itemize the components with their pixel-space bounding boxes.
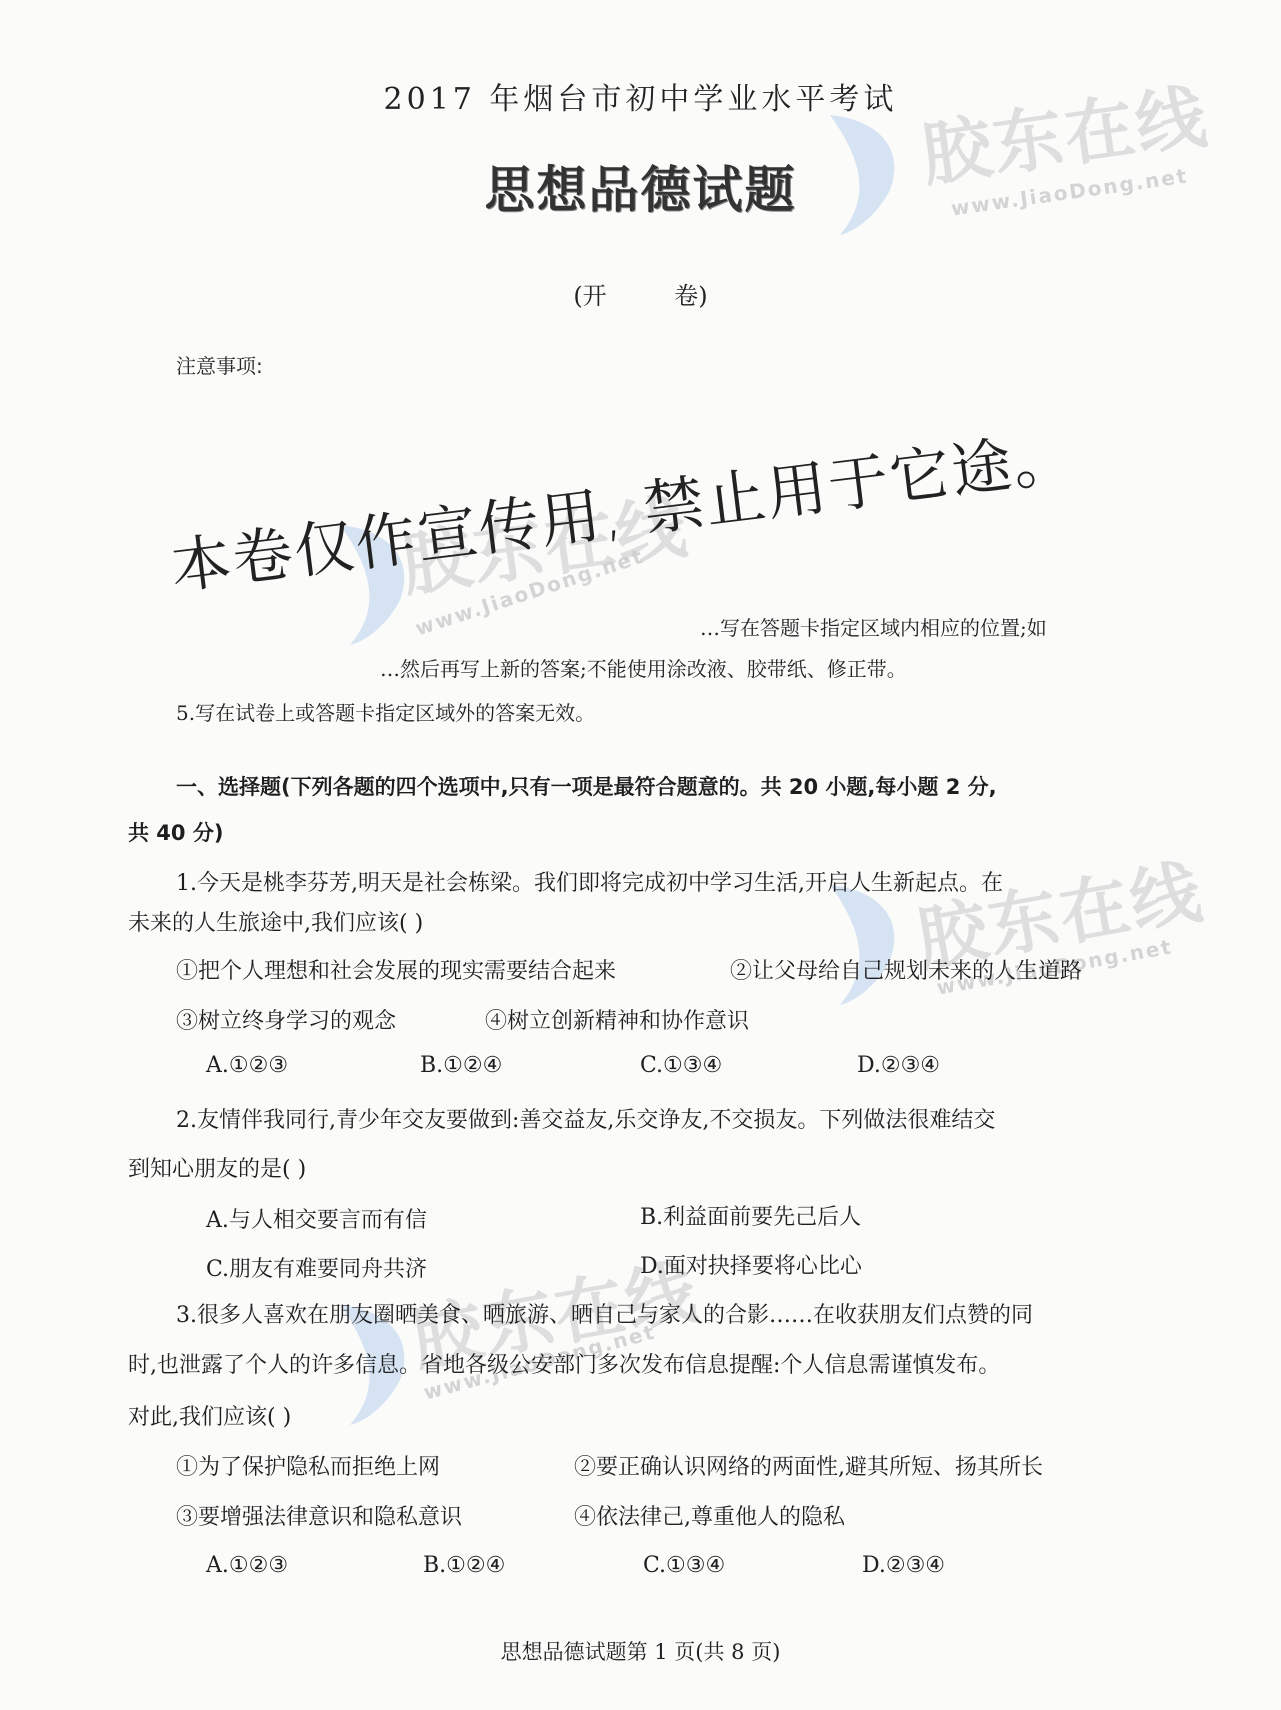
q2-option-c[interactable]: C.朋友有难要同舟共济 — [206, 1252, 427, 1283]
q2-option-b[interactable]: B.利益面前要先己后人 — [640, 1200, 861, 1231]
q1-statement-1: ①把个人理想和社会发展的现实需要结合起来 — [176, 954, 616, 985]
subject-title: 思想品德试题 — [0, 150, 1281, 222]
q1-stem-line2: 未来的人生旅途中,我们应该( ) — [128, 906, 423, 937]
q1-option-c[interactable]: C.①③④ — [640, 1053, 722, 1078]
q1-option-a[interactable]: A.①②③ — [206, 1053, 288, 1078]
notice-label: 注意事项: — [176, 350, 263, 379]
q2-stem-line2: 到知心朋友的是( ) — [128, 1152, 306, 1183]
page-footer: 思想品德试题第 1 页(共 8 页) — [0, 1636, 1281, 1666]
q1-stem-line1: 1.今天是桃李芬芳,明天是社会栋梁。我们即将完成初中学习生活,开启人生新起点。在 — [176, 866, 1003, 897]
section-heading-line1: 一、选择题(下列各题的四个选项中,只有一项是最符合题意的。共 20 小题,每小题… — [176, 771, 997, 801]
q3-stem-line2: 时,也泄露了个人的许多信息。省地各级公安部门多次发布信息提醒:个人信息需谨慎发布… — [128, 1348, 1000, 1379]
q1-statement-2: ②让父母给自己规划未来的人生道路 — [730, 954, 1082, 985]
q3-statement-4: ④依法律己,尊重他人的隐私 — [574, 1500, 845, 1531]
q3-statement-2: ②要正确认识网络的两面性,避其所短、扬其所长 — [574, 1450, 1043, 1481]
q3-option-d[interactable]: D.②③④ — [862, 1553, 945, 1578]
exam-title: 2017 年烟台市初中学业水平考试 — [0, 74, 1281, 118]
q3-stem-line1: 3.很多人喜欢在朋友圈晒美食、晒旅游、晒自己与家人的合影……在收获朋友们点赞的同 — [176, 1298, 1033, 1329]
q2-option-a[interactable]: A.与人相交要言而有信 — [206, 1203, 427, 1234]
paper-type: (开 卷) — [0, 276, 1281, 311]
q3-statement-1: ①为了保护隐私而拒绝上网 — [176, 1450, 440, 1481]
q1-option-d[interactable]: D.②③④ — [857, 1053, 940, 1078]
q3-option-b[interactable]: B.①②④ — [423, 1553, 505, 1578]
jiaodong-logo-icon — [820, 880, 910, 1010]
promo-stamp: 本卷仅作宣传用, 禁止用于它途。 — [166, 410, 1080, 606]
q1-option-b[interactable]: B.①②④ — [420, 1053, 502, 1078]
q2-option-d[interactable]: D.面对抉择要将心比心 — [640, 1249, 862, 1280]
q2-stem-line1: 2.友情伴我同行,青少年交友要做到:善交益友,乐交诤友,不交损友。下列做法很难结… — [176, 1103, 995, 1134]
q1-statement-4: ④树立创新精神和协作意识 — [485, 1004, 749, 1035]
q1-statement-3: ③树立终身学习的观念 — [176, 1004, 396, 1035]
notice-fragment-3: 5.写在试卷上或答题卡指定区域外的答案无效。 — [176, 697, 595, 726]
notice-fragment-1: …写在答题卡指定区域内相应的位置;如 — [700, 612, 1047, 641]
q3-stem-line3: 对此,我们应该( ) — [128, 1400, 291, 1431]
q3-statement-3: ③要增强法律意识和隐私意识 — [176, 1500, 462, 1531]
q3-option-a[interactable]: A.①②③ — [206, 1553, 288, 1578]
q3-option-c[interactable]: C.①③④ — [643, 1553, 725, 1578]
section-heading-line2: 共 40 分) — [128, 817, 223, 847]
notice-fragment-2: …然后再写上新的答案;不能使用涂改液、胶带纸、修正带。 — [380, 653, 907, 682]
